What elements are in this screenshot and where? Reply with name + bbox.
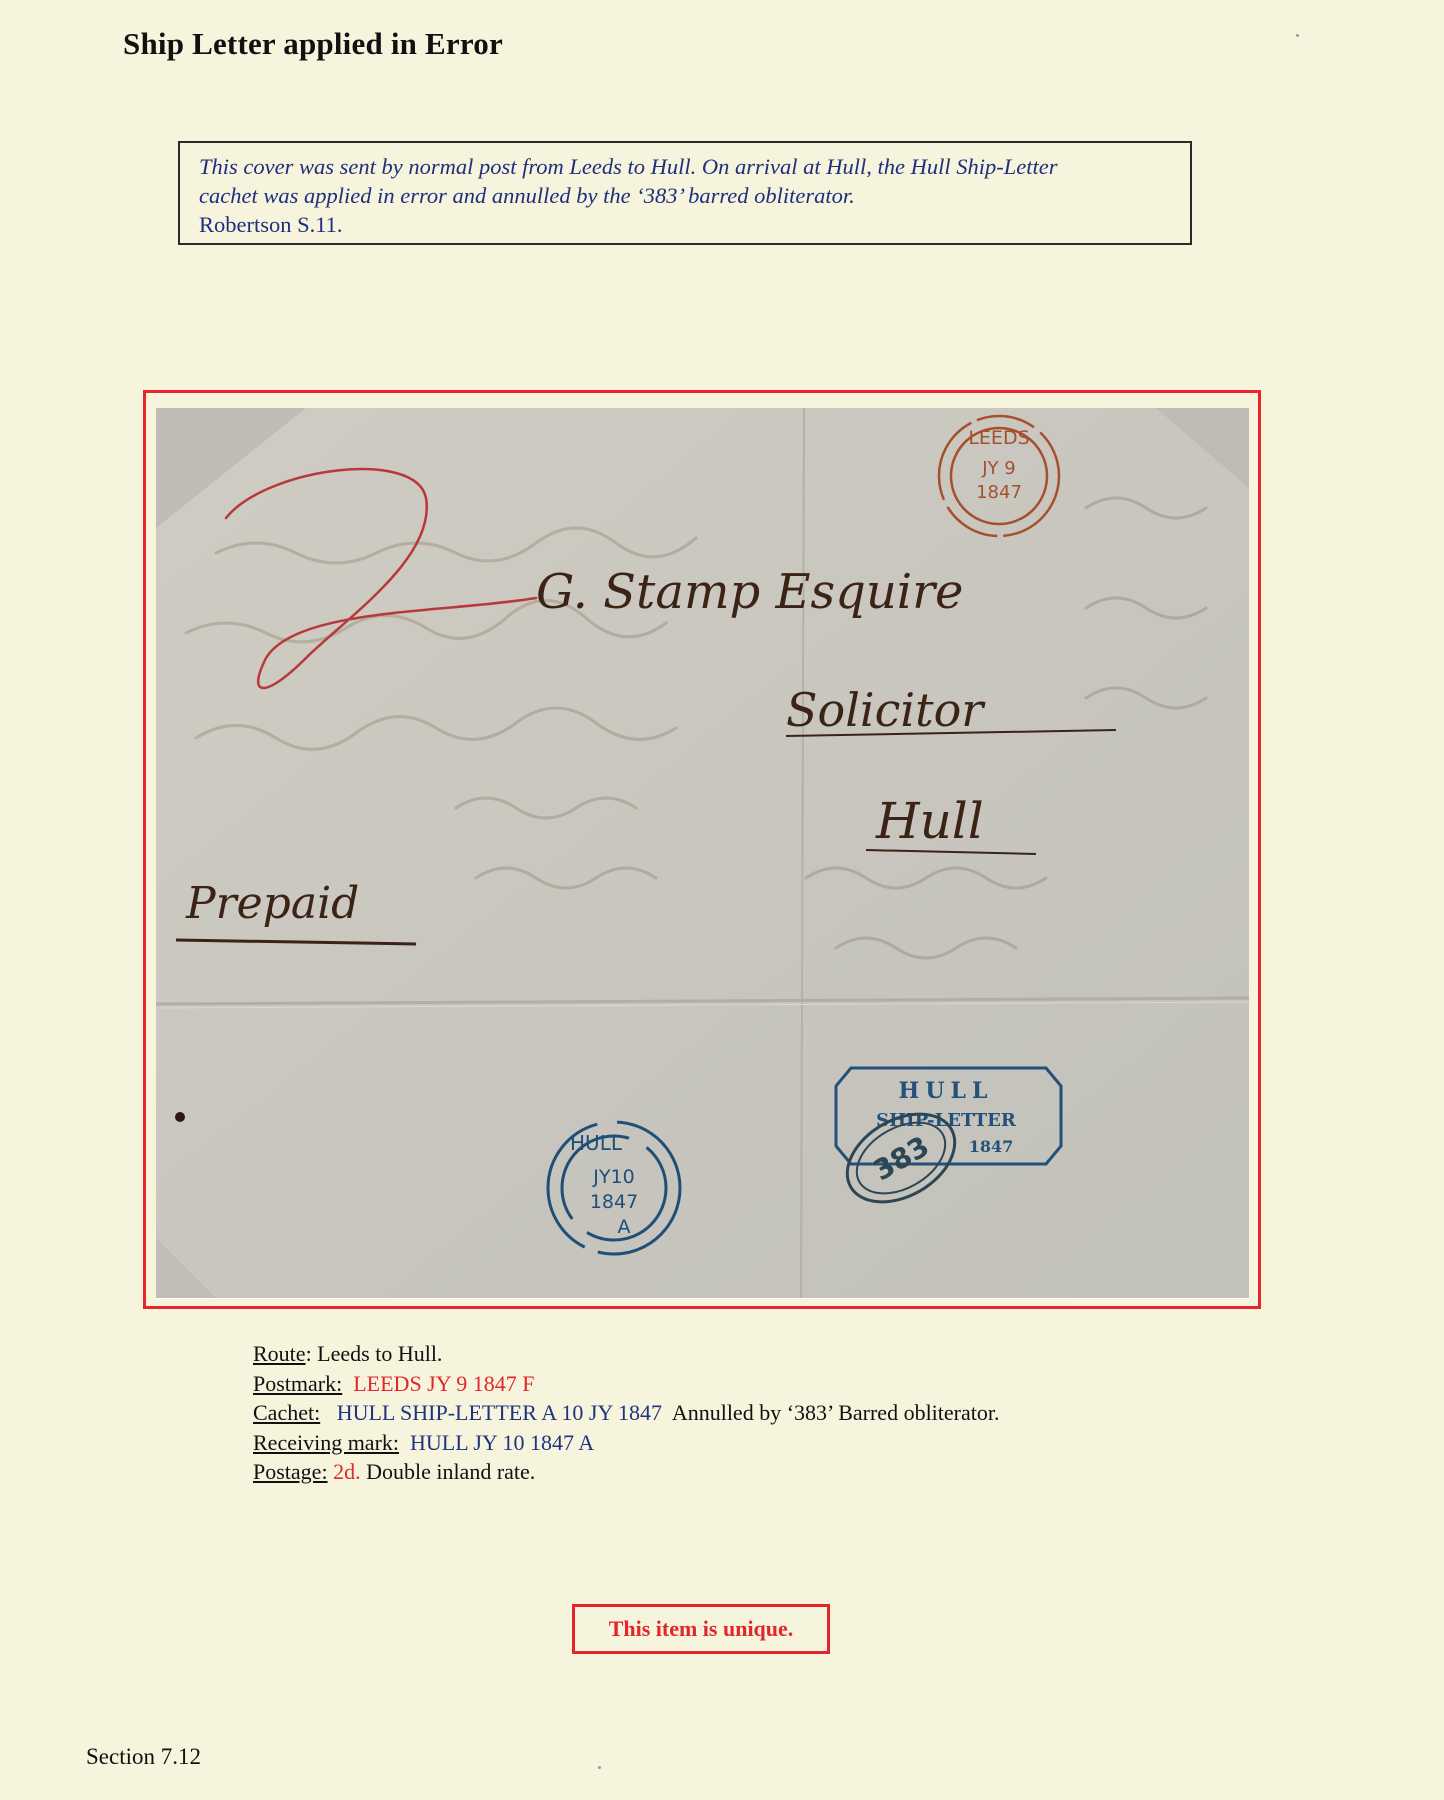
page-title: Ship Letter applied in Error — [123, 26, 503, 62]
address-town: Hull — [875, 792, 984, 850]
unique-notice: This item is unique. — [572, 1604, 830, 1654]
svg-text:1847: 1847 — [969, 1137, 1014, 1156]
cachet-note: Annulled by ‘383’ Barred obliterator. — [672, 1400, 1000, 1425]
receiving-label: Receiving mark: — [253, 1430, 399, 1455]
svg-text:HULL: HULL — [570, 1131, 623, 1155]
section-number: Section 7.12 — [86, 1744, 201, 1770]
postmark-label: Postmark: — [253, 1371, 342, 1396]
svg-text:A: A — [618, 1216, 631, 1238]
cachet-label: Cachet: — [253, 1400, 320, 1425]
route-row: Route: Leeds to Hull. — [253, 1339, 999, 1369]
description-box: This cover was sent by normal post from … — [178, 141, 1192, 245]
receiving-row: Receiving mark: HULL JY 10 1847 A — [253, 1428, 999, 1458]
postmark-value: LEEDS JY 9 1847 F — [353, 1371, 534, 1396]
svg-text:JY 9: JY 9 — [981, 458, 1015, 479]
svg-text:1847: 1847 — [976, 482, 1022, 503]
postage-label: Postage: — [253, 1459, 328, 1484]
cover-image: LEEDS JY 9 1847 G. Stamp Esquire Solicit… — [156, 408, 1249, 1298]
svg-text:1847: 1847 — [590, 1191, 638, 1213]
speck — [598, 1766, 601, 1769]
description-line-2: cachet was applied in error and annulled… — [199, 181, 1174, 210]
speck — [1296, 34, 1299, 37]
prepaid-annotation: Prepaid — [185, 878, 359, 929]
receiving-value: HULL JY 10 1847 A — [410, 1430, 594, 1455]
postage-note: Double inland rate. — [366, 1459, 535, 1484]
route-value: : Leeds to Hull. — [306, 1341, 443, 1366]
cachet-value: HULL SHIP-LETTER A 10 JY 1847 — [337, 1400, 662, 1425]
address-title: Solicitor — [786, 683, 986, 737]
cover-details: Route: Leeds to Hull. Postmark: LEEDS JY… — [253, 1339, 999, 1487]
postage-value: 2d. — [333, 1459, 361, 1484]
description-line-1: This cover was sent by normal post from … — [199, 152, 1174, 181]
postmark-row: Postmark: LEEDS JY 9 1847 F — [253, 1369, 999, 1399]
svg-text:HULL: HULL — [899, 1078, 994, 1104]
svg-text:SHIP-LETTER: SHIP-LETTER — [876, 1110, 1017, 1131]
reference-line: Robertson S.11. — [199, 210, 1174, 239]
route-label: Route — [253, 1341, 306, 1366]
address-name: G. Stamp Esquire — [536, 564, 963, 620]
postage-row: Postage: 2d. Double inland rate. — [253, 1457, 999, 1487]
cachet-row: Cachet: HULL SHIP-LETTER A 10 JY 1847 An… — [253, 1398, 999, 1428]
cover-illustration: LEEDS JY 9 1847 G. Stamp Esquire Solicit… — [156, 408, 1249, 1298]
svg-text:JY10: JY10 — [592, 1166, 634, 1188]
svg-text:LEEDS: LEEDS — [968, 427, 1029, 449]
